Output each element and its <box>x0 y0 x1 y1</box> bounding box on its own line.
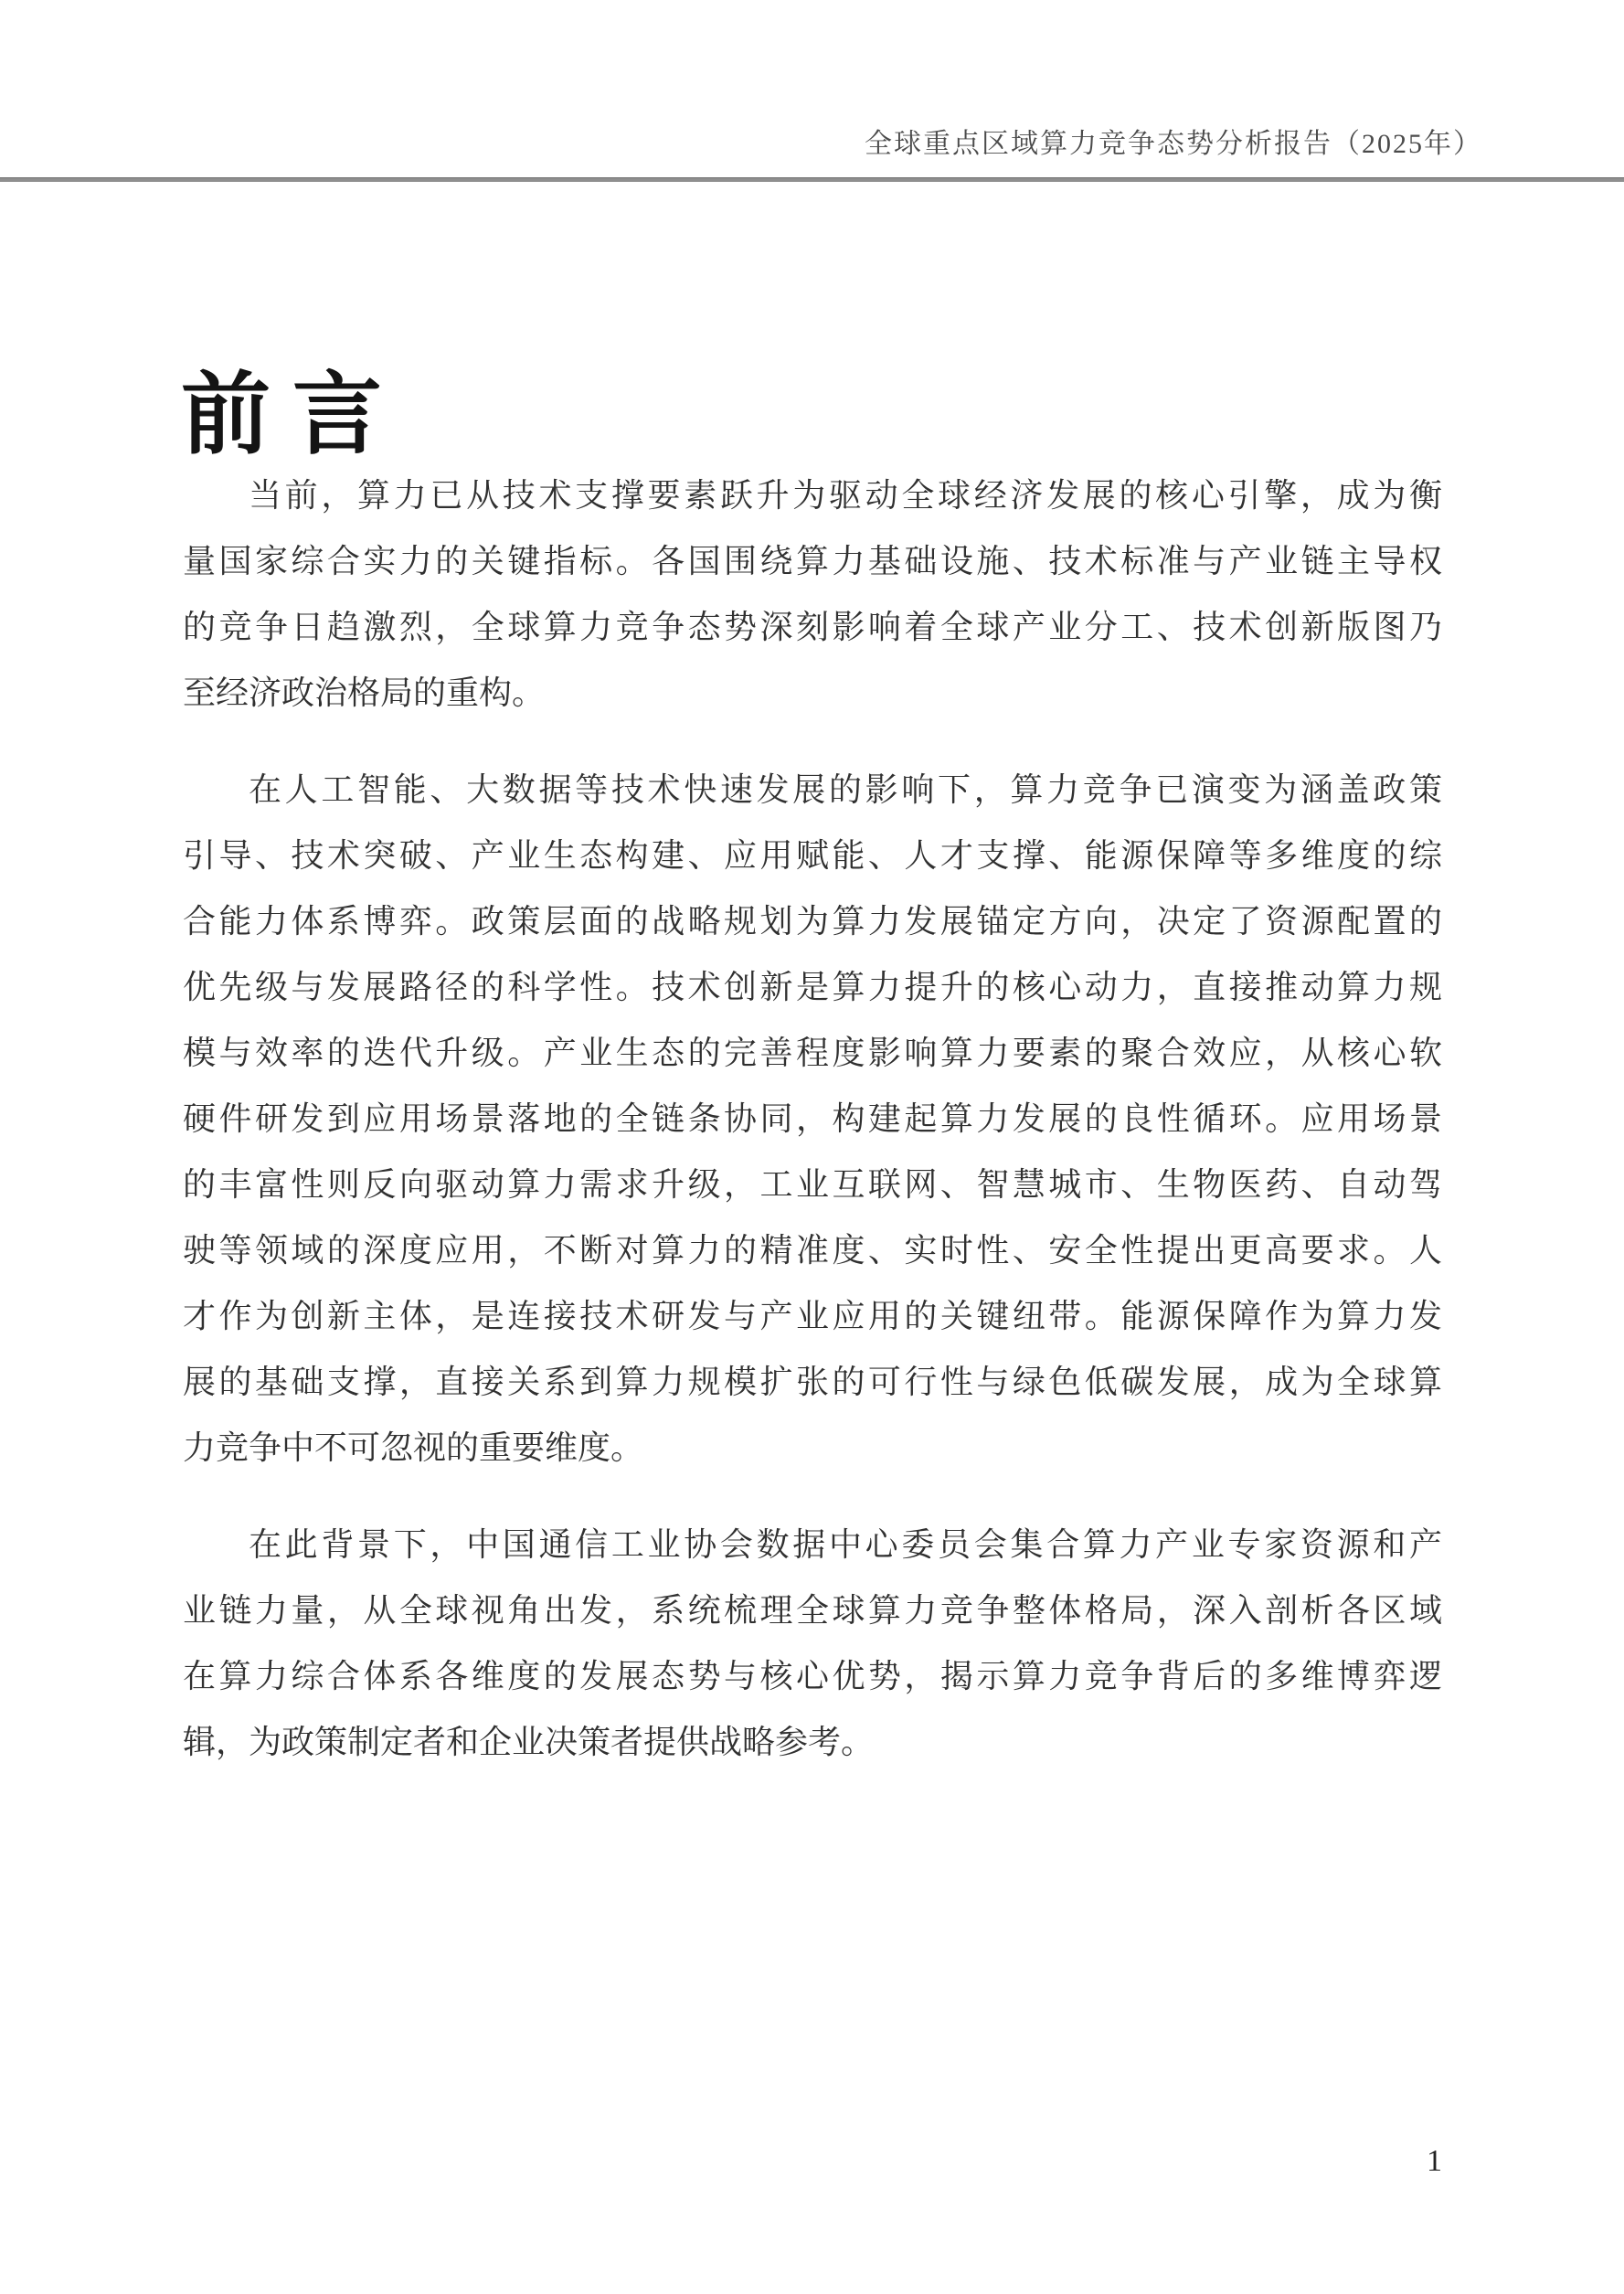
paragraph-line: 当前，算力已从技术支撑要素跃升为驱动全球经济发展的核心引擎，成为衡 <box>183 462 1442 528</box>
paragraph-line: 量国家综合实力的关键指标。各国围绕算力基础设施、技术标准与产业链主导权 <box>183 528 1442 594</box>
paragraph-line: 引导、技术突破、产业生态构建、应用赋能、人才支撑、能源保障等多维度的综 <box>183 823 1442 888</box>
preface-body: 当前，算力已从技术支撑要素跃升为驱动全球经济发展的核心引擎，成为衡量国家综合实力… <box>183 462 1442 1806</box>
paragraph: 在此背景下，中国通信工业协会数据中心委员会集合算力产业专家资源和产业链力量，从全… <box>183 1512 1442 1775</box>
paragraph-line: 优先级与发展路径的科学性。技术创新是算力提升的核心动力，直接推动算力规 <box>183 954 1442 1020</box>
paragraph: 在人工智能、大数据等技术快速发展的影响下，算力竞争已演变为涵盖政策引导、技术突破… <box>183 757 1442 1481</box>
paragraph-line: 合能力体系博弈。政策层面的战略规划为算力发展锚定方向，决定了资源配置的 <box>183 888 1442 954</box>
paragraph-line: 展的基础支撑，直接关系到算力规模扩张的可行性与绿色低碳发展，成为全球算 <box>183 1349 1442 1415</box>
paragraph-line: 才作为创新主体，是连接技术研发与产业应用的关键纽带。能源保障作为算力发 <box>183 1283 1442 1349</box>
paragraph-line: 辑，为政策制定者和企业决策者提供战略参考。 <box>183 1709 1442 1775</box>
paragraph-line: 硬件研发到应用场景落地的全链条协同，构建起算力发展的良性循环。应用场景 <box>183 1086 1442 1152</box>
paragraph-line: 模与效率的迭代升级。产业生态的完善程度影响算力要素的聚合效应，从核心软 <box>183 1020 1442 1086</box>
paragraph-line: 业链力量，从全球视角出发，系统梳理全球算力竞争整体格局，深入剖析各区域 <box>183 1577 1442 1643</box>
paragraph-line: 的竞争日趋激烈，全球算力竞争态势深刻影响着全球产业分工、技术创新版图乃 <box>183 594 1442 660</box>
paragraph-line: 在此背景下，中国通信工业协会数据中心委员会集合算力产业专家资源和产 <box>183 1512 1442 1577</box>
paragraph-line: 在算力综合体系各维度的发展态势与核心优势，揭示算力竞争背后的多维博弈逻 <box>183 1643 1442 1709</box>
paragraph-line: 在人工智能、大数据等技术快速发展的影响下，算力竞争已演变为涵盖政策 <box>183 757 1442 823</box>
paragraph-line: 力竞争中不可忽视的重要维度。 <box>183 1415 1442 1481</box>
paragraph-line: 的丰富性则反向驱动算力需求升级，工业互联网、智慧城市、生物医药、自动驾 <box>183 1152 1442 1217</box>
page-title: 前言 <box>181 367 404 466</box>
paragraph-line: 至经济政治格局的重构。 <box>183 660 1442 726</box>
header-divider <box>0 177 1624 182</box>
paragraph-line: 驶等领域的深度应用，不断对算力的精准度、实时性、安全性提出更高要求。人 <box>183 1217 1442 1283</box>
paragraph: 当前，算力已从技术支撑要素跃升为驱动全球经济发展的核心引擎，成为衡量国家综合实力… <box>183 462 1442 726</box>
page-number: 1 <box>183 2144 1446 2179</box>
running-header: 全球重点区域算力竞争态势分析报告（2025年） <box>0 121 1482 161</box>
